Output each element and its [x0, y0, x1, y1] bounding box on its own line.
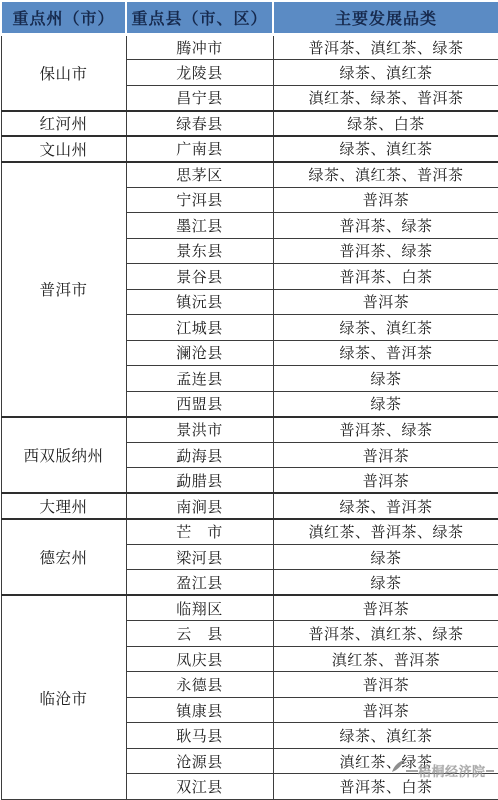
prefecture-cell: 西双版纳州 [1, 417, 126, 494]
county-cell: 云 县 [126, 621, 273, 647]
col-header-prefecture: 重点州（市） [1, 1, 126, 34]
categories-cell: 绿茶 [273, 570, 498, 596]
categories-cell: 绿茶、滇红茶、普洱茶 [273, 162, 498, 188]
prefecture-cell: 保山市 [1, 34, 126, 111]
categories-cell: 普洱茶 [273, 595, 498, 621]
prefecture-cell: 临沧市 [1, 595, 126, 799]
categories-cell: 绿茶 [273, 391, 498, 417]
county-cell: 双江县 [126, 774, 273, 800]
table-row: 普洱市思茅区绿茶、滇红茶、普洱茶 [1, 162, 498, 188]
categories-cell: 普洱茶 [273, 289, 498, 315]
prefecture-cell: 红河州 [1, 111, 126, 137]
categories-cell: 普洱茶、绿茶 [273, 417, 498, 443]
county-cell: 沧源县 [126, 748, 273, 774]
county-cell: 梁河县 [126, 544, 273, 570]
categories-cell: 绿茶、滇红茶 [273, 60, 498, 86]
county-cell: 凤庆县 [126, 646, 273, 672]
county-cell: 澜沧县 [126, 340, 273, 366]
categories-cell: 滇红茶、普洱茶 [273, 646, 498, 672]
categories-cell: 普洱茶、滇红茶、绿茶 [273, 621, 498, 647]
col-header-county: 重点县（市、区） [126, 1, 273, 34]
categories-cell: 普洱茶、滇红茶、绿茶 [273, 34, 498, 60]
categories-cell: 绿茶、白茶 [273, 111, 498, 137]
county-cell: 孟连县 [126, 366, 273, 392]
table-row: 保山市腾冲市普洱茶、滇红茶、绿茶 [1, 34, 498, 60]
categories-cell: 绿茶、普洱茶 [273, 493, 498, 519]
county-cell: 西盟县 [126, 391, 273, 417]
county-cell: 景谷县 [126, 264, 273, 290]
table-row: 大理州南涧县绿茶、普洱茶 [1, 493, 498, 519]
categories-cell: 普洱茶 [273, 468, 498, 494]
prefecture-cell: 文山州 [1, 136, 126, 162]
categories-cell: 绿茶 [273, 544, 498, 570]
categories-cell: 绿茶 [273, 366, 498, 392]
county-cell: 广南县 [126, 136, 273, 162]
county-cell: 永德县 [126, 672, 273, 698]
categories-cell: 普洱茶、绿茶 [273, 238, 498, 264]
prefecture-cell: 德宏州 [1, 519, 126, 596]
categories-cell: 普洱茶 [273, 187, 498, 213]
county-cell: 思茅区 [126, 162, 273, 188]
county-cell: 龙陵县 [126, 60, 273, 86]
county-cell: 盈江县 [126, 570, 273, 596]
county-cell: 绿春县 [126, 111, 273, 137]
categories-cell: 绿茶、滇红茶 [273, 136, 498, 162]
county-cell: 昌宁县 [126, 85, 273, 111]
county-cell: 临翔区 [126, 595, 273, 621]
categories-cell: 普洱茶 [273, 672, 498, 698]
county-cell: 南涧县 [126, 493, 273, 519]
table-row: 文山州广南县绿茶、滇红茶 [1, 136, 498, 162]
table-row: 红河州绿春县绿茶、白茶 [1, 111, 498, 137]
county-cell: 腾冲市 [126, 34, 273, 60]
categories-cell: 滇红茶、绿茶、普洱茶 [273, 85, 498, 111]
county-cell: 镇沅县 [126, 289, 273, 315]
categories-cell: 普洱茶、白茶 [273, 264, 498, 290]
county-cell: 墨江县 [126, 213, 273, 239]
categories-cell: 普洱茶 [273, 442, 498, 468]
categories-cell: 绿茶、滇红茶 [273, 315, 498, 341]
county-cell: 镇康县 [126, 697, 273, 723]
categories-cell: 绿茶、普洱茶 [273, 340, 498, 366]
county-cell: 景东县 [126, 238, 273, 264]
table-body: 保山市腾冲市普洱茶、滇红茶、绿茶龙陵县绿茶、滇红茶昌宁县滇红茶、绿茶、普洱茶红河… [1, 34, 498, 800]
table-header: 重点州（市） 重点县（市、区） 主要发展品类 [1, 1, 498, 34]
categories-cell: 滇红茶、绿茶 [273, 748, 498, 774]
prefecture-cell: 普洱市 [1, 162, 126, 417]
table-row: 西双版纳州景洪市普洱茶、绿茶 [1, 417, 498, 443]
county-cell: 勐腊县 [126, 468, 273, 494]
tea-regions-page: 重点州（市） 重点县（市、区） 主要发展品类 保山市腾冲市普洱茶、滇红茶、绿茶龙… [0, 0, 498, 800]
header-row: 重点州（市） 重点县（市、区） 主要发展品类 [1, 1, 498, 34]
county-cell: 芒 市 [126, 519, 273, 545]
county-cell: 景洪市 [126, 417, 273, 443]
categories-cell: 滇红茶、普洱茶、绿茶 [273, 519, 498, 545]
categories-cell: 绿茶、滇红茶 [273, 723, 498, 749]
categories-cell: 普洱茶、绿茶 [273, 213, 498, 239]
categories-cell: 普洱茶 [273, 697, 498, 723]
prefecture-cell: 大理州 [1, 493, 126, 519]
table-row: 临沧市临翔区普洱茶 [1, 595, 498, 621]
tea-development-table: 重点州（市） 重点县（市、区） 主要发展品类 保山市腾冲市普洱茶、滇红茶、绿茶龙… [0, 0, 498, 800]
table-row: 德宏州芒 市滇红茶、普洱茶、绿茶 [1, 519, 498, 545]
county-cell: 勐海县 [126, 442, 273, 468]
col-header-categories: 主要发展品类 [273, 1, 498, 34]
categories-cell: 普洱茶、白茶 [273, 774, 498, 800]
county-cell: 耿马县 [126, 723, 273, 749]
county-cell: 江城县 [126, 315, 273, 341]
county-cell: 宁洱县 [126, 187, 273, 213]
